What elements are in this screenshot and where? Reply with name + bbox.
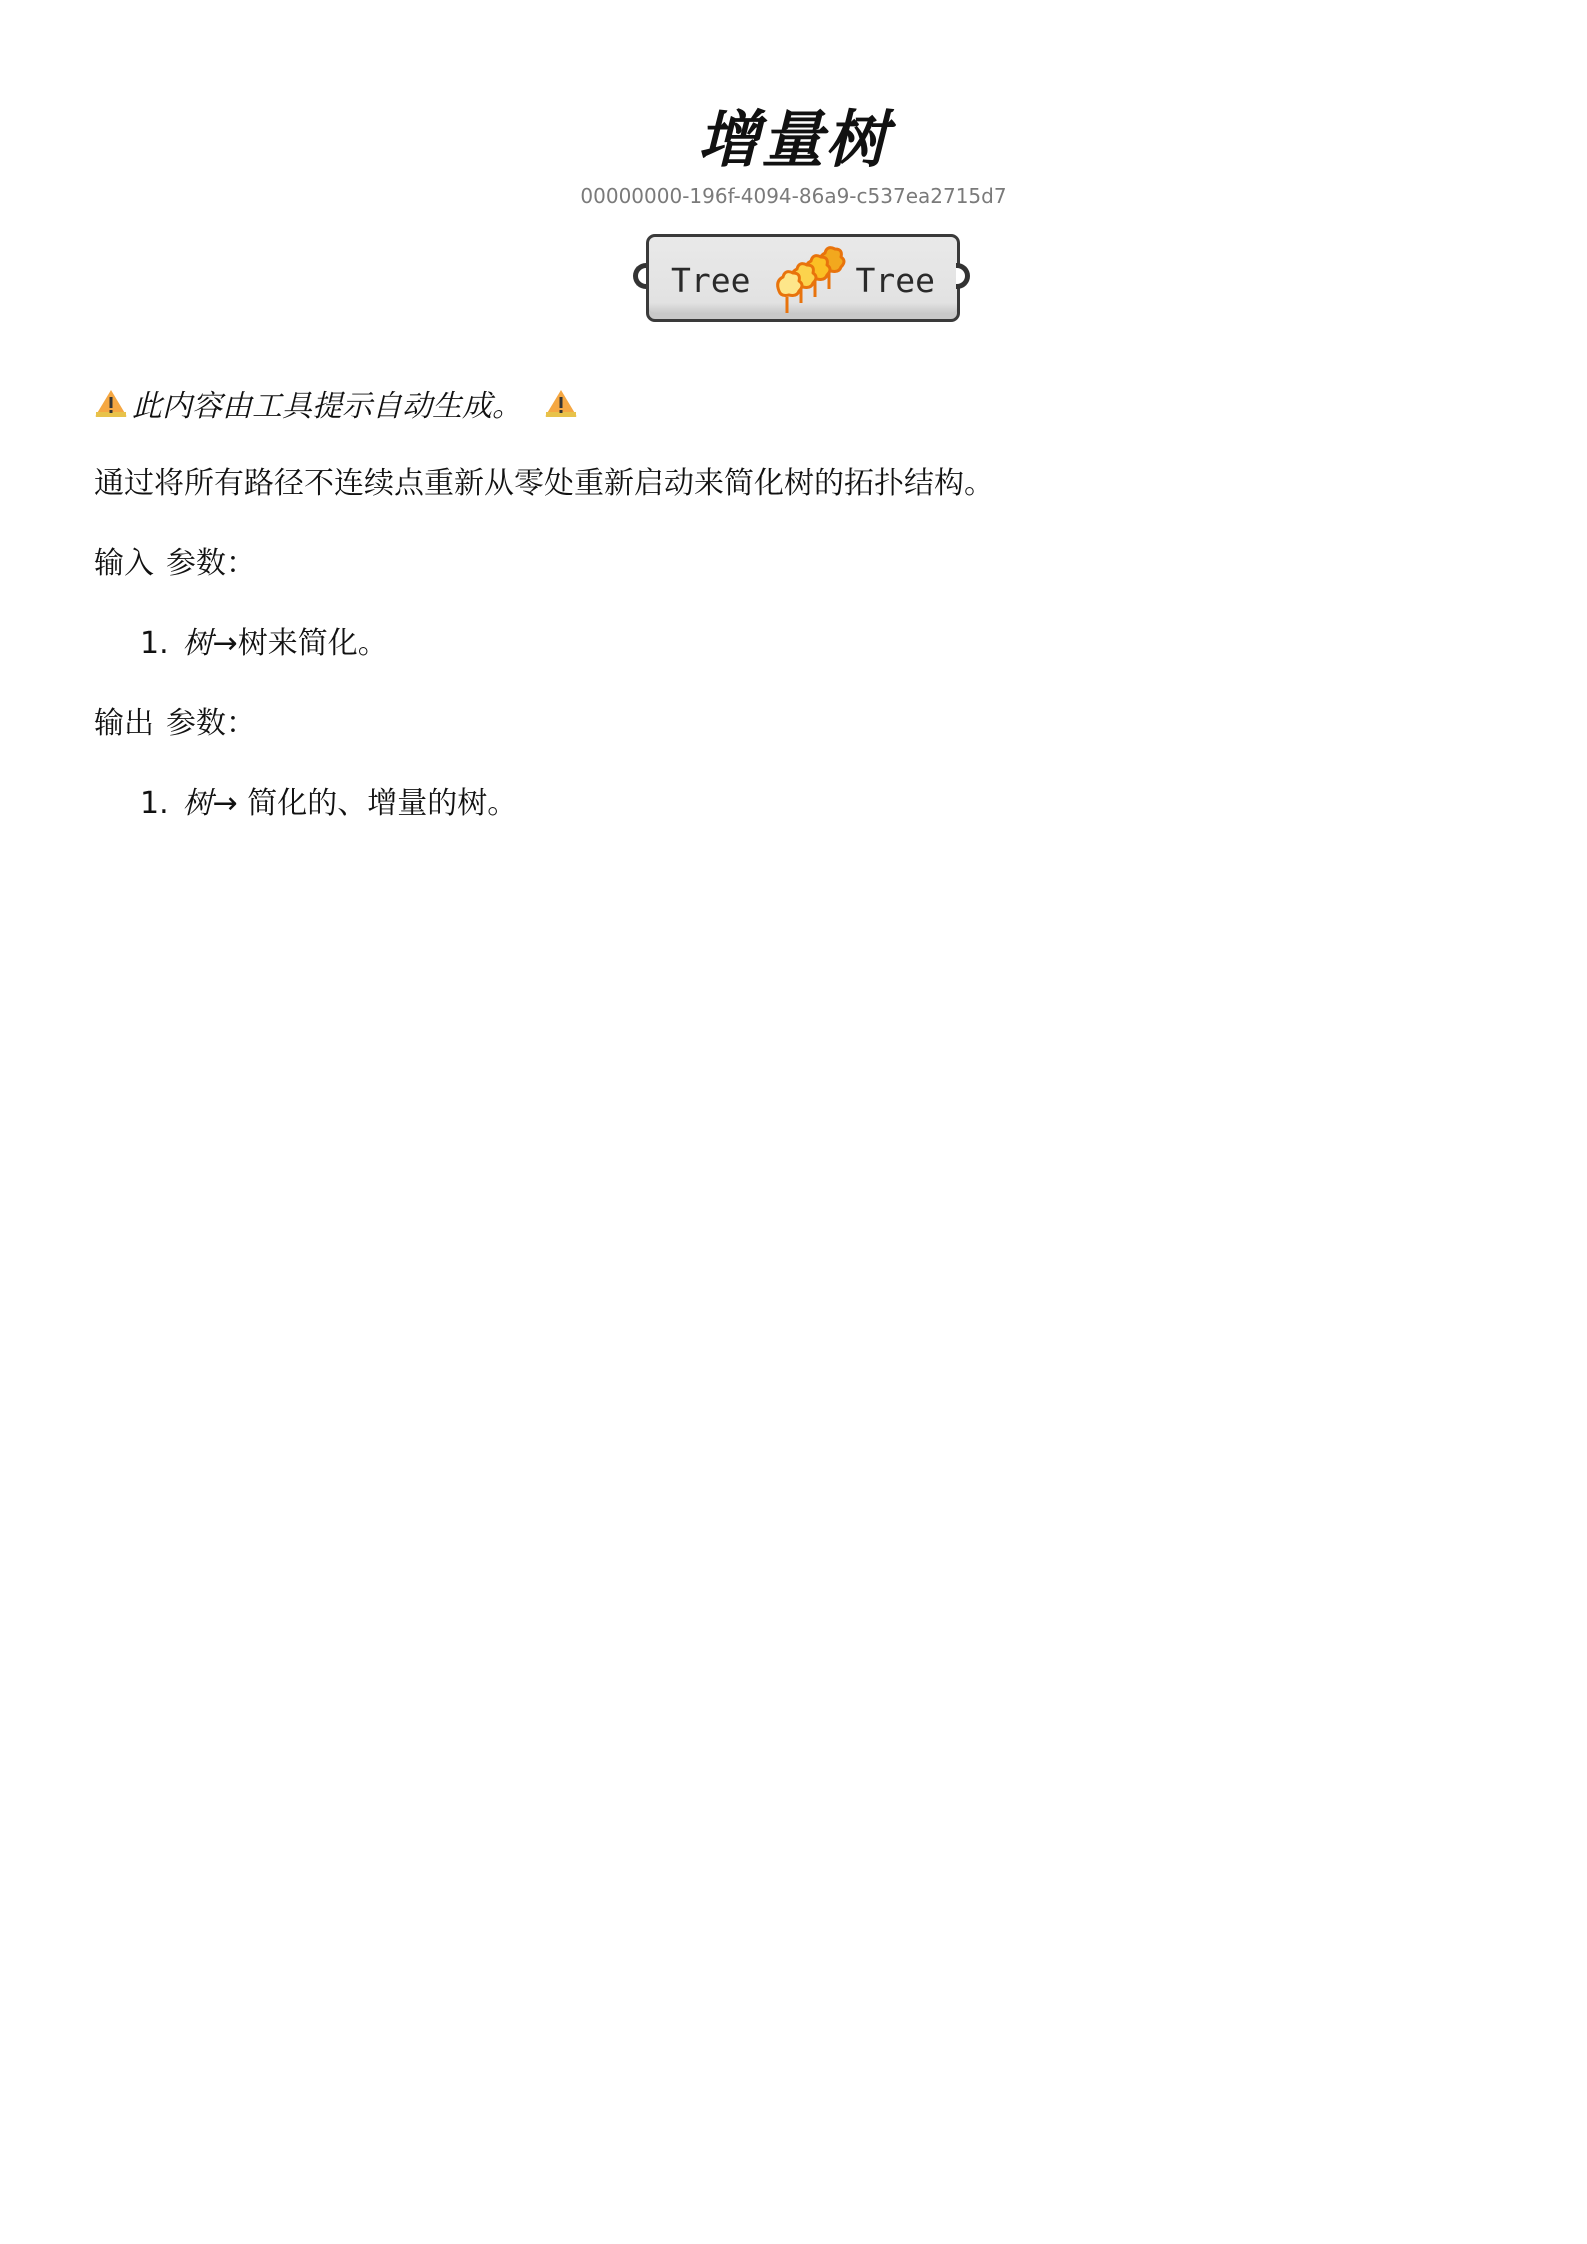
param-desc: 简化的、增量的树。: [238, 786, 518, 821]
param-name: 树: [183, 786, 213, 821]
output-item: 1.树→ 简化的、增量的树。: [140, 782, 517, 826]
trees-icon: [769, 243, 849, 315]
warning-icon: [544, 388, 578, 418]
component-guid: 00000000-196f-4094-86a9-c537ea2715d7: [0, 184, 1587, 208]
arrow: →: [213, 626, 238, 661]
input-item: 1.树→树来简化。: [140, 622, 388, 666]
page-title: 增量树: [0, 100, 1587, 180]
autogen-notice: 此内容由工具提示自动生成。: [94, 378, 582, 428]
component-node: Tree Tree: [630, 230, 970, 330]
arrow: →: [213, 786, 238, 821]
notice-text: 此内容由工具提示自动生成。: [132, 381, 522, 425]
outputs-heading-b: 参数：: [166, 706, 256, 741]
param-desc: 树来简化。: [238, 626, 388, 661]
output-grip[interactable]: [956, 263, 970, 289]
item-number: 1.: [140, 786, 169, 821]
warning-icon: [94, 388, 128, 418]
output-param-label: Tree: [856, 261, 935, 301]
param-name: 树: [183, 626, 213, 661]
input-grip[interactable]: [633, 263, 647, 289]
inputs-heading: 输入参数：: [94, 542, 256, 586]
component-body: Tree Tree: [646, 234, 960, 322]
outputs-heading: 输出参数：: [94, 702, 256, 746]
item-number: 1.: [140, 626, 169, 661]
description: 通过将所有路径不连续点重新从零处重新启动来简化树的拓扑结构。: [94, 462, 994, 506]
input-param-label: Tree: [671, 261, 750, 301]
outputs-heading-a: 输出: [94, 706, 154, 741]
inputs-heading-a: 输入: [94, 546, 154, 581]
inputs-heading-b: 参数：: [166, 546, 256, 581]
